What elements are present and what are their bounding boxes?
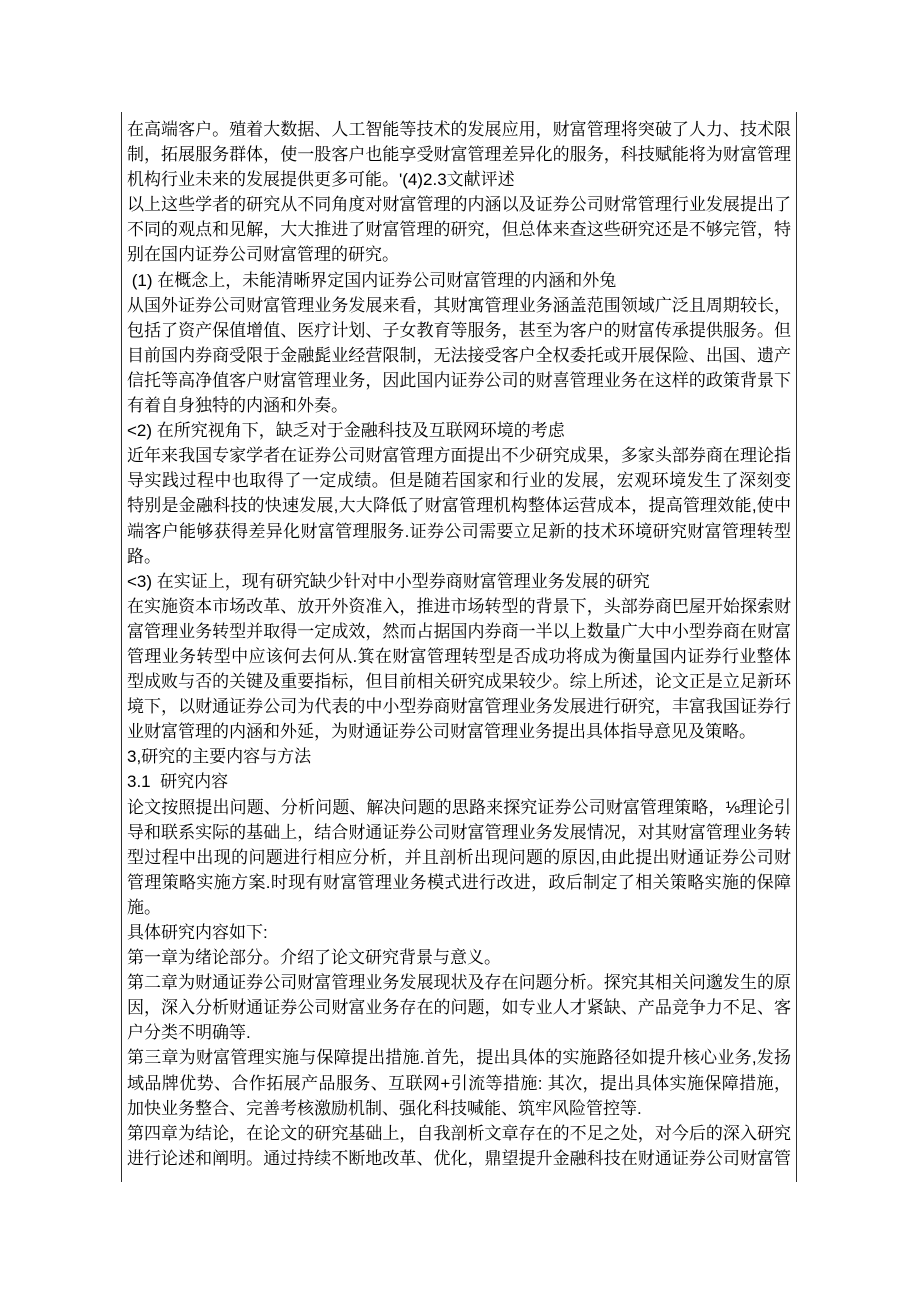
text-line: 施。	[127, 895, 791, 920]
text-line: 进行论述和阐明。通过持续不断地改革、优化，鼎望提升金融科技在财通证券公司财富管	[127, 1146, 791, 1171]
page-background: { "colors": { "background": "#ffffff", "…	[0, 0, 920, 1301]
text-line: 不同的观点和见解，大大推进了财富管理的研究，但总体来查这些研究还是不够完管，特	[127, 217, 791, 242]
text-line: 管理业务转型中应该何去何从.箕在财富管理转型是否成功将成为衡量国内证券行业整体转	[127, 644, 791, 669]
text-line: 富管理业务转型并取得一定成效，然而占据国内券商一半以上数量广大中小型券商在财富	[127, 619, 791, 644]
text-line: 别在国内证券公司财富管理的研究。	[127, 242, 791, 267]
text-line: 在高端客户。殖着大数据、人工智能等技术的发展应用，财富管理将突破了人力、技术限	[127, 117, 791, 142]
text-line: 加快业务整合、完善考核激励机制、强化科技喊能、筑牢风险管控等.	[127, 1096, 791, 1121]
text-line: 从国外证券公司财富管理业务发展来看，其财寓管理业务涵盖范围领域广泛且周期较长，	[127, 293, 791, 318]
text-line: 第一章为绪论部分。介绍了论文研究背景与意义。	[127, 945, 791, 970]
text-line: 路。	[127, 544, 791, 569]
text-line: 管理策略实施方案.时现有财富管理业务模式进行改进，政后制定了相关策略实施的保障措	[127, 870, 791, 895]
text-line: 第二章为财通证券公司财富管理业务发展现状及存在问题分析。探究其相关问邈发生的原	[127, 970, 791, 995]
document-body: 在高端客户。殖着大数据、人工智能等技术的发展应用，财富管理将突破了人力、技术限 …	[127, 117, 791, 1171]
text-line: 目前国内券商受限于金融髭业经营限制，无法接受客户全权委托或开展保险、出国、遗产	[127, 343, 791, 368]
text-line: 具体研究内容如下:	[127, 920, 791, 945]
text-line: 第四章为结论，在论文的研究基础上，自我剖析文章存在的不足之处，对今后的深入研究	[127, 1121, 791, 1146]
text-line: 包括了资产保值增值、医疗计划、子女教育等服务，甚至为客户的财富传承提供服务。但	[127, 318, 791, 343]
text-line: 信托等高净值客户财富管理业务，因此国内证券公司的财喜管理业务在这样的政策背景下	[127, 368, 791, 393]
text-line: 导和联系实际的基础上，结合财通证券公司财富管理业务发展情况，对其财富管理业务转	[127, 820, 791, 845]
text-line: 机构行业未来的发展提供更多可能。'(4)2.3文献评述	[127, 167, 791, 192]
text-line: 域品牌优势、合作拓展产品服务、互联网+引流等措施: 其次，提出具体实施保障措施，…	[127, 1071, 791, 1096]
text-line: 在实施资本市场改革、放开外资准入，推进市场转型的背景下，头部券商巴屋开始探索财	[127, 594, 791, 619]
text-line: 有着自身独特的内涵和外奏。	[127, 393, 791, 418]
text-line: 导实践过程中也取得了一定成绩。但是随若国家和行业的发展，宏观环境发生了深刻变化,	[127, 468, 791, 493]
text-line: 境下，以财通证券公司为代表的中小型券商财富管理业务发展进行研究，丰富我国证券行	[127, 694, 791, 719]
text-line: 特别是金融科技的快速发展,大大降低了财富管理机构整体运营成本，提高管理效能,使中…	[127, 493, 791, 518]
text-line: 端客户能够获得差异化财富管理服务.证券公司需要立足新的技术环境研究财富管理转型思	[127, 519, 791, 544]
text-line: 型过程中出现的问题进行相应分析，并且剖析出现问题的原因,由此提出财通证券公司财富	[127, 845, 791, 870]
section-heading: 3,研究的主要内容与方法	[127, 744, 791, 769]
text-line: 业财富管理的内涵和外延，为财通证券公司财富管理业务提出具体指导意见及策略。	[127, 719, 791, 744]
text-line: 户分类不明确等.	[127, 1020, 791, 1045]
section-heading: 3.1 研究内容	[127, 769, 791, 794]
text-line: 第三章为财富管理实施与保障提出措施.首先，提出具体的实施路径如提升核心业务,发扬…	[127, 1045, 791, 1070]
text-line-numbered-item: (1) 在概念上，未能清晰界定国内证券公司财富管理的内涵和外兔	[127, 268, 791, 293]
text-line-numbered-item: <3) 在实证上，现有研究缺少针对中小型券商财富管理业务发展的研究	[127, 569, 791, 594]
text-line: 近年来我国专家学者在证券公司财富管理方面提出不少研究成果，多家头部券商在理论指	[127, 443, 791, 468]
text-line: 以上这些学者的研究从不同角度对财富管理的内涵以及证券公司财常管理行业发展提出了	[127, 192, 791, 217]
text-line: 制，拓展服务群体，使一股客户也能享受财富管理差异化的服务，科技赋能将为财富管理	[127, 142, 791, 167]
text-line: 型成败与否的关键及重要指标，但目前相关研究成果较少。综上所述，论文正是立足新环	[127, 669, 791, 694]
document-cell: 在高端客户。殖着大数据、人工智能等技术的发展应用，财富管理将突破了人力、技术限 …	[121, 112, 797, 1182]
text-line: 因，深入分析财通证券公司财富业务存在的问题，如专业人才紧缺、产品竞争力不足、客	[127, 995, 791, 1020]
text-line: 论文按照提出问题、分析问题、解决问题的思路来探究证券公司财富管理策略，⅛理论引	[127, 795, 791, 820]
text-line-numbered-item: <2) 在所究视角下，缺乏对于金融科技及互联网环境的考虑	[127, 418, 791, 443]
